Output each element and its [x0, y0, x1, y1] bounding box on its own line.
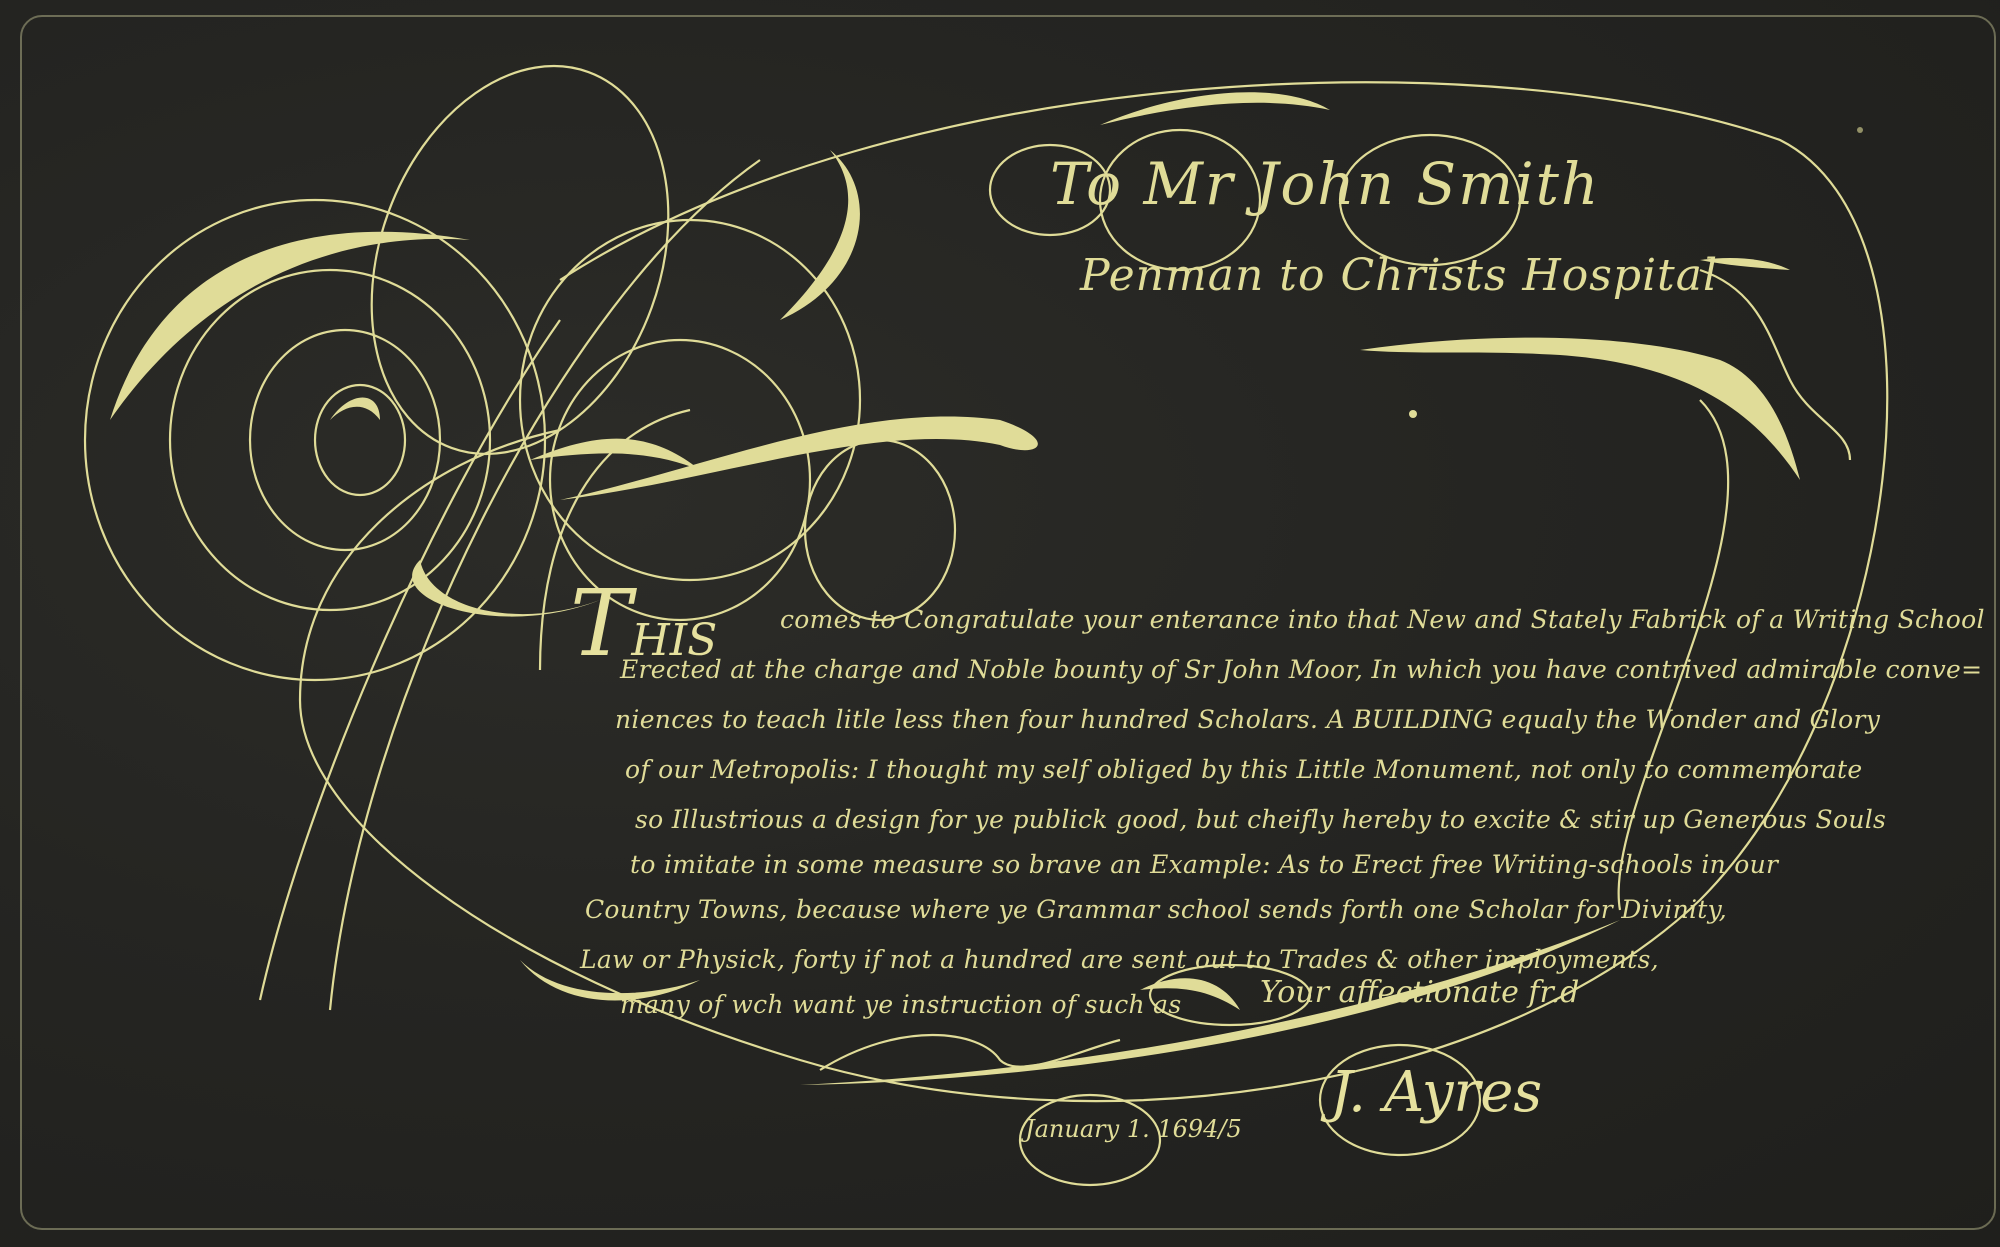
body-line-2: Erected at the charge and Noble bounty o… — [620, 655, 1982, 684]
body-line-7: Country Towns, because where ye Grammar … — [585, 895, 1727, 924]
address-line-2: Penman to Christs Hospital — [1080, 250, 1718, 301]
body-line-1: comes to Congratulate your enterance int… — [780, 605, 1985, 634]
date: January 1. 1694/5 — [1025, 1115, 1242, 1143]
body-line-9: many of wch want ye instruction of such … — [620, 990, 1181, 1019]
body-line-6: to imitate in some measure so brave an E… — [630, 850, 1778, 879]
body-line-8: Law or Physick, forty if not a hundred a… — [580, 945, 1659, 974]
body-line-3: niences to teach litle less then four hu… — [615, 705, 1880, 734]
body-line-4: of our Metropolis: I thought my self obl… — [625, 755, 1862, 784]
body-line-5: so Illustrious a design for ye publick g… — [635, 805, 1886, 834]
signature: J. Ayres — [1330, 1060, 1542, 1125]
address-line-1: To Mr John Smith — [1050, 150, 1600, 218]
closing-salutation: Your affectionate fr.d — [1260, 975, 1579, 1010]
document-sheet: To Mr John Smith Penman to Christs Hospi… — [0, 0, 2000, 1247]
